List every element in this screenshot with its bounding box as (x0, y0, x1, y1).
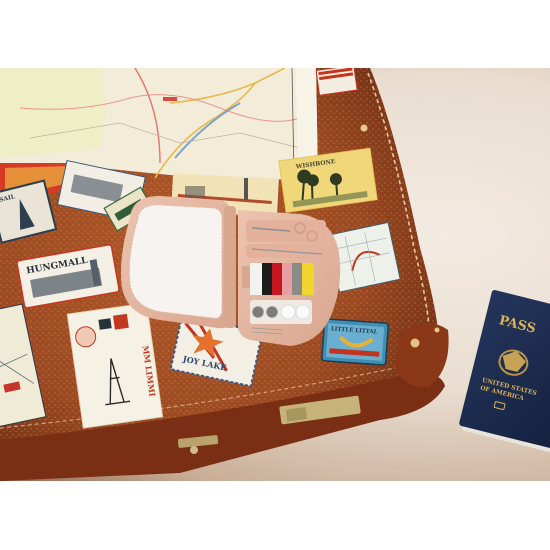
sticker-tower: MM LIMMI (67, 303, 162, 428)
buttons (250, 300, 312, 324)
passport: PASS UNITED STATES OF AMERICA (458, 289, 550, 454)
product-photo: SAIL WISHBONE (0, 68, 550, 481)
sticker-blue: LITTLE LITTAL (322, 319, 389, 365)
thread-spools (250, 263, 314, 295)
scene-illustration: SAIL WISHBONE (0, 68, 550, 481)
